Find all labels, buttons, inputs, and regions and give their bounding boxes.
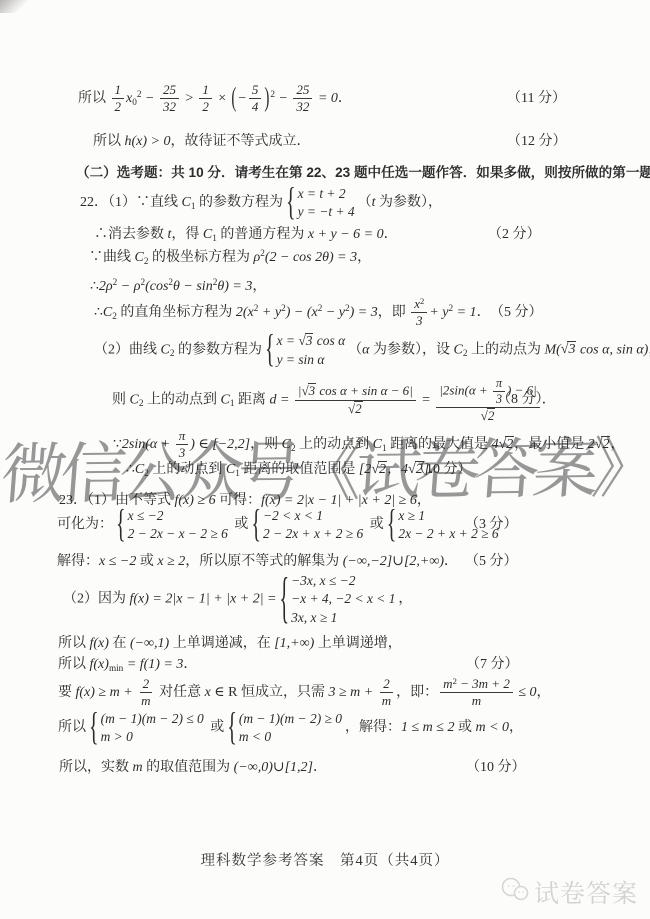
q22-1-general-eq: ∴消去参数 t，得 C1 的普通方程为 x + y − 6 = 0．（2 分） (0, 224, 650, 246)
page-footer: 理科数学参考答案 第4页（共4页） (0, 849, 650, 870)
q22-2-parametric: （2）曲线 C2 的参数方程为{x = √3 cos αy = sin α（α … (0, 333, 650, 367)
score-mark: （5 分） (490, 302, 543, 324)
q23-2-condition: 要 f(x) ≥ m + 2m 对任意 x ∈ R 恒成立，只需 3 ≥ m +… (0, 676, 650, 710)
q22-1-rect-eq: ∴C2 的直角坐标方程为 2(x2 + y2) − (x2 − y2) = 3，… (0, 296, 650, 330)
q23-2-monotonic: 所以 f(x) 在 (−∞,1) 上单调递减，在 [1,+∞) 上单调递增， (0, 633, 650, 655)
q23-2-piecewise: （2）因为 f(x) = 2|x − 1| + |x + 2| ={−3x, x… (0, 573, 650, 625)
score-mark: （2 分） (488, 224, 541, 246)
score-mark: （7 分） (466, 654, 519, 676)
scan-artifact (0, 0, 30, 13)
q23-2-case-solve: 所以{(m − 1)(m − 2) ≤ 0m > 0 或{(m − 1)(m −… (0, 711, 650, 745)
brand-watermark-text: 试卷答案 (534, 874, 638, 910)
score-mark: （11 分） (507, 88, 566, 110)
q22-1-parametric: 22．（1）∵直线 C1 的参数方程为{x = t + 2y = −t + 4（… (0, 186, 650, 220)
q22-1-polar-eq: ∵曲线 C2 的极坐标方程为 ρ2(2 − cos 2θ) = 3， (0, 247, 650, 269)
q23-1-solution: 解得：x ≤ −2 或 x ≥ 2，所以原不等式的解集为 (−∞,−2]∪[2,… (0, 551, 650, 573)
section-heading: （二）选考题：共 10 分．请考生在第 22、23 题中任选一题作答．如果多做，… (0, 162, 650, 184)
wechat-bubbles-icon (500, 875, 530, 910)
score-mark: （10 分） (412, 459, 472, 481)
score-mark: （5 分） (465, 551, 518, 573)
score-mark: （12 分） (507, 131, 567, 153)
score-mark: （8 分） (497, 389, 550, 411)
q22-2-conclusion: ∴C2 上的动点到 C1 距离的取值范围是 [2√2，4√2]．（10 分） (0, 459, 650, 481)
brand-watermark: 试卷答案 (500, 874, 638, 910)
q21-step-12pt: 所以 h(x) > 0，故待证不等式成立．（12 分） (0, 131, 650, 153)
q22-1-expand: ∴2ρ2 − ρ2(cos2θ − sin2θ) = 3， (0, 276, 650, 298)
q23-2-minimum: 所以 f(x)min = f(1) = 3．（7 分） (0, 654, 650, 676)
q23-1-cases: 可化为：{x ≤ −22 − 2x − x − 2 ≥ 6 或{−2 < x <… (0, 508, 650, 542)
q21-step-11pt: 所以 12x02 − 2532 > 12 × (−54)2 − 2532 = 0… (0, 82, 650, 116)
answer-sheet-page: 微信公众号《试卷答案》 所以 12x02 − 2532 > 12 × (−54)… (0, 0, 650, 919)
score-mark: （10 分） (466, 757, 526, 779)
q22-2-distance: 则 C2 上的动点到 C1 距离 d = |√3 cos α + sin α −… (0, 376, 650, 425)
q23-2-conclusion: 所以，实数 m 的取值范围为 (−∞,0)∪[1,2]．（10 分） (0, 757, 650, 779)
q22-2-range-bound: ∵2sin(α + π3) ∈ [−2,2]，则 C2 上的动点到 C1 距离的… (0, 428, 650, 462)
score-mark: （3 分） (465, 514, 518, 536)
